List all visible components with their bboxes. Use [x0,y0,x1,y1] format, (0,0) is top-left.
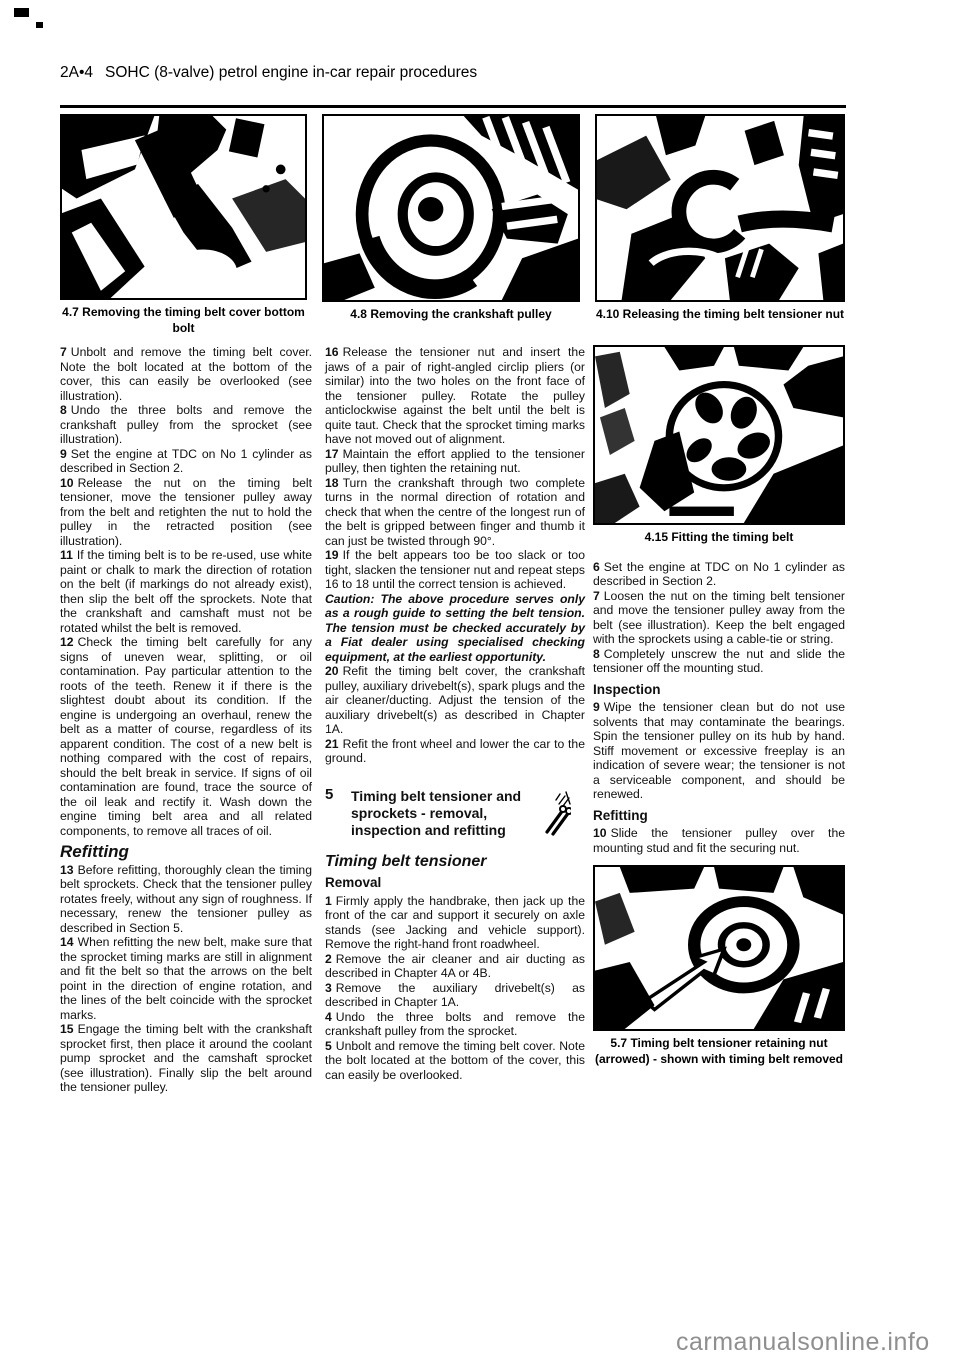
caption-4-8: 4.8 Removing the crankshaft pulley [322,307,580,323]
page-title: SOHC (8-valve) petrol engine in-car repa… [105,64,477,81]
paragraph-7: 7Unbolt and remove the timing belt cover… [60,345,312,403]
figure-5-7: 5.7 Timing belt tensioner retaining nut … [593,865,845,1067]
paragraph-s5-6: 6Set the engine at TDC on No 1 cylinder … [593,560,845,589]
paragraph-19: 19If the belt appears too be too slack o… [325,548,585,592]
photo-4-15 [593,345,845,525]
scan-artifact [36,22,43,28]
column-middle: 16Release the tensioner nut and insert t… [325,345,585,1082]
paragraph-s5-8: 8Completely unscrew the nut and slide th… [593,647,845,676]
paragraph-number: 7 [60,345,67,359]
paragraph-s5-9: 9Wipe the tensioner clean but do not use… [593,700,845,802]
photo-4-7-image [62,116,305,298]
paragraph-s5-7: 7Loosen the nut on the timing belt tensi… [593,589,845,647]
figure-4-15: 4.15 Fitting the timing belt [593,345,845,546]
caution-note: Caution: The above procedure serves only… [325,592,585,665]
section-number: 5 [325,788,351,803]
paragraph-18: 18Turn the crankshaft through two comple… [325,476,585,549]
paragraph-17: 17Maintain the effort applied to the ten… [325,447,585,476]
paragraph-s5-4: 4Undo the three bolts and remove the cra… [325,1010,585,1039]
paragraph-s5-2: 2Remove the air cleaner and air ducting … [325,952,585,981]
paragraph-20: 20Refit the timing belt cover, the crank… [325,664,585,737]
paragraph-9: 9Set the engine at TDC on No 1 cylinder … [60,447,312,476]
page-number: 2A•4 [60,64,93,81]
removal-heading: Removal [325,876,585,891]
refitting-heading: Refitting [60,845,312,860]
column-left: 7Unbolt and remove the timing belt cover… [60,345,312,1095]
paragraph-text: Unbolt and remove the timing belt cover.… [60,345,312,403]
paragraph-8: 8Undo the three bolts and remove the cra… [60,403,312,447]
paragraph-13: 13Before refitting, thoroughly clean the… [60,863,312,936]
paragraph-11: 11If the timing belt is to be re-used, u… [60,548,312,635]
manual-page: 2A•4SOHC (8-valve) petrol engine in-car … [0,0,960,1362]
caption-5-7: 5.7 Timing belt tensioner retaining nut … [593,1036,845,1067]
photo-4-15-image [595,347,843,523]
paragraph-10: 10Release the nut on the timing belt ten… [60,476,312,549]
photo-4-10-image [597,116,843,300]
photo-4-8 [322,114,580,302]
page-header: 2A•4SOHC (8-valve) petrol engine in-car … [60,64,477,82]
header-rule [60,105,846,108]
column-right: 4.15 Fitting the timing belt 6Set the en… [593,345,845,1067]
refitting-subheading: Refitting [593,809,845,824]
scan-artifact [14,8,29,17]
watermark: carmanualsonline.info [676,1328,930,1357]
section-5-heading: 5 Timing belt tensioner and sprockets - … [325,788,585,839]
spanner-difficulty-icon [541,790,571,836]
paragraph-12: 12Check the timing belt carefully for an… [60,635,312,838]
paragraph-s5-3: 3Remove the auxiliary drivebelt(s) as de… [325,981,585,1010]
caption-4-7: 4.7 Removing the timing belt cover botto… [60,305,307,336]
photo-4-7 [60,114,307,300]
timing-belt-tensioner-heading: Timing belt tensioner [325,855,585,870]
paragraph-21: 21Refit the front wheel and lower the ca… [325,737,585,766]
paragraph-s5-1: 1Firmly apply the handbrake, then jack u… [325,894,585,952]
paragraph-s5-10: 10Slide the tensioner pulley over the mo… [593,826,845,855]
figure-4-10: 4.10 Releasing the timing belt tensioner… [595,114,845,323]
paragraph-14: 14When refitting the new belt, make sure… [60,935,312,1022]
inspection-heading: Inspection [593,683,845,698]
photo-5-7-image [595,867,843,1029]
section-title: Timing belt tensioner and sprockets - re… [351,788,529,839]
paragraph-16: 16Release the tensioner nut and insert t… [325,345,585,447]
caption-4-10: 4.10 Releasing the timing belt tensioner… [595,307,845,323]
caption-4-15: 4.15 Fitting the timing belt [593,530,845,546]
photo-5-7 [593,865,845,1031]
photo-4-10 [595,114,845,302]
figure-4-8: 4.8 Removing the crankshaft pulley [322,114,580,323]
paragraph-15: 15Engage the timing belt with the cranks… [60,1022,312,1095]
figure-4-7: 4.7 Removing the timing belt cover botto… [60,114,307,336]
photo-4-8-image [324,116,578,300]
paragraph-s5-5: 5Unbolt and remove the timing belt cover… [325,1039,585,1083]
